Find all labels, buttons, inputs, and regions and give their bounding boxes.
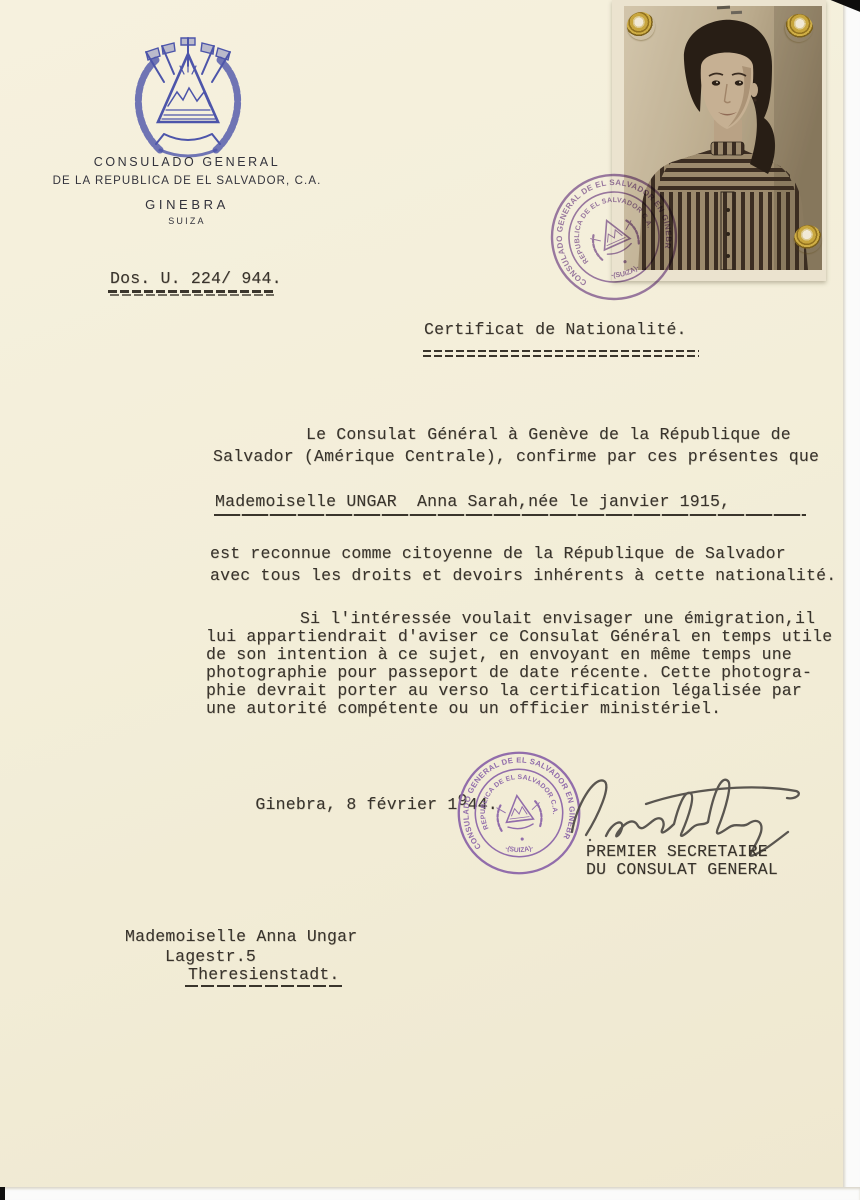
ribbon: [156, 134, 220, 144]
stamp-bottom-text: -(SUIZA)-: [503, 841, 534, 856]
recipient-underline: [185, 985, 345, 987]
letterhead-line-3: GINEBRA: [36, 197, 338, 212]
recipient-line-3: Theresienstadt.: [188, 966, 340, 984]
dossier-underline: [108, 290, 276, 293]
grommet-top-left: [627, 12, 655, 40]
body-line-p2-1: est reconnue comme citoyenne de la Répub…: [210, 545, 786, 563]
subject-name-line: Mademoiselle UNGAR Anna Sarah,née le jan…: [215, 493, 730, 511]
recipient-line-2: Lagestr.5: [165, 948, 256, 966]
letterhead-line-1: CONSULADO GENERAL: [36, 155, 338, 169]
body-line-p3-5: phie devrait porter au verso la certific…: [206, 682, 802, 700]
collar: [711, 142, 744, 155]
letterhead-line-4: SUIZA: [36, 216, 338, 226]
body-line-p3-6: une autorité compétente ou un officier m…: [206, 700, 721, 718]
date-prefix: Ginebra, 8 février 1: [255, 795, 457, 814]
blouse-placket: [721, 192, 734, 270]
recipient-line-1: Mademoiselle Anna Ungar: [125, 928, 357, 946]
scanned-certificate: CONSULADO GENERAL DE LA REPUBLICA DE EL …: [0, 0, 860, 1200]
name-underline: [214, 514, 806, 516]
body-line-p1-2: Salvador (Amérique Centrale), confirme p…: [213, 448, 819, 466]
svg-text:-(SUIZA)-: -(SUIZA)-: [503, 841, 534, 856]
ear: [750, 83, 758, 97]
eye-right: [735, 80, 743, 85]
scan-edge-bottom: [0, 1187, 860, 1200]
title-underline-2: [423, 355, 699, 357]
body-line-p3-4: photographie pour passeport de date réce…: [206, 664, 812, 682]
signatory-title-2: DU CONSULAT GENERAL: [586, 861, 778, 879]
eye-left: [712, 80, 720, 85]
corner-mark-bottom-left: [0, 1187, 5, 1200]
document-title: Certificat de Nationalité.: [424, 321, 687, 339]
sea-lines: [162, 110, 215, 119]
scan-edge-right: [843, 0, 860, 1200]
earring: [753, 98, 756, 101]
letterhead-line-2: DE LA REPUBLICA DE EL SALVADOR, C.A.: [36, 175, 338, 187]
dossier-number: Dos. U. 224/ 944.: [110, 270, 282, 288]
body-line-p1-1: Le Consulat Général à Genève de la Répub…: [306, 426, 791, 444]
wreath-right: [216, 60, 238, 150]
dossier-underline-2: [110, 294, 274, 296]
title-underline-1: [423, 350, 699, 352]
body-line-p3-3: de son intention à ce sujet, en envoyant…: [206, 646, 792, 664]
consulate-emblem: [120, 26, 256, 166]
signatory-title-1: PREMIER SECRETAIRE: [586, 843, 768, 861]
body-line-p3-1: Si l'intéressée voulait envisager une ém…: [300, 610, 815, 628]
wreath-left: [138, 60, 160, 150]
staple-mark: [731, 11, 742, 15]
body-line-p2-2: avec tous les droits et devoirs inhérent…: [210, 567, 836, 585]
body-line-p3-2: lui appartiendrait d'aviser ce Consulat …: [206, 628, 832, 646]
